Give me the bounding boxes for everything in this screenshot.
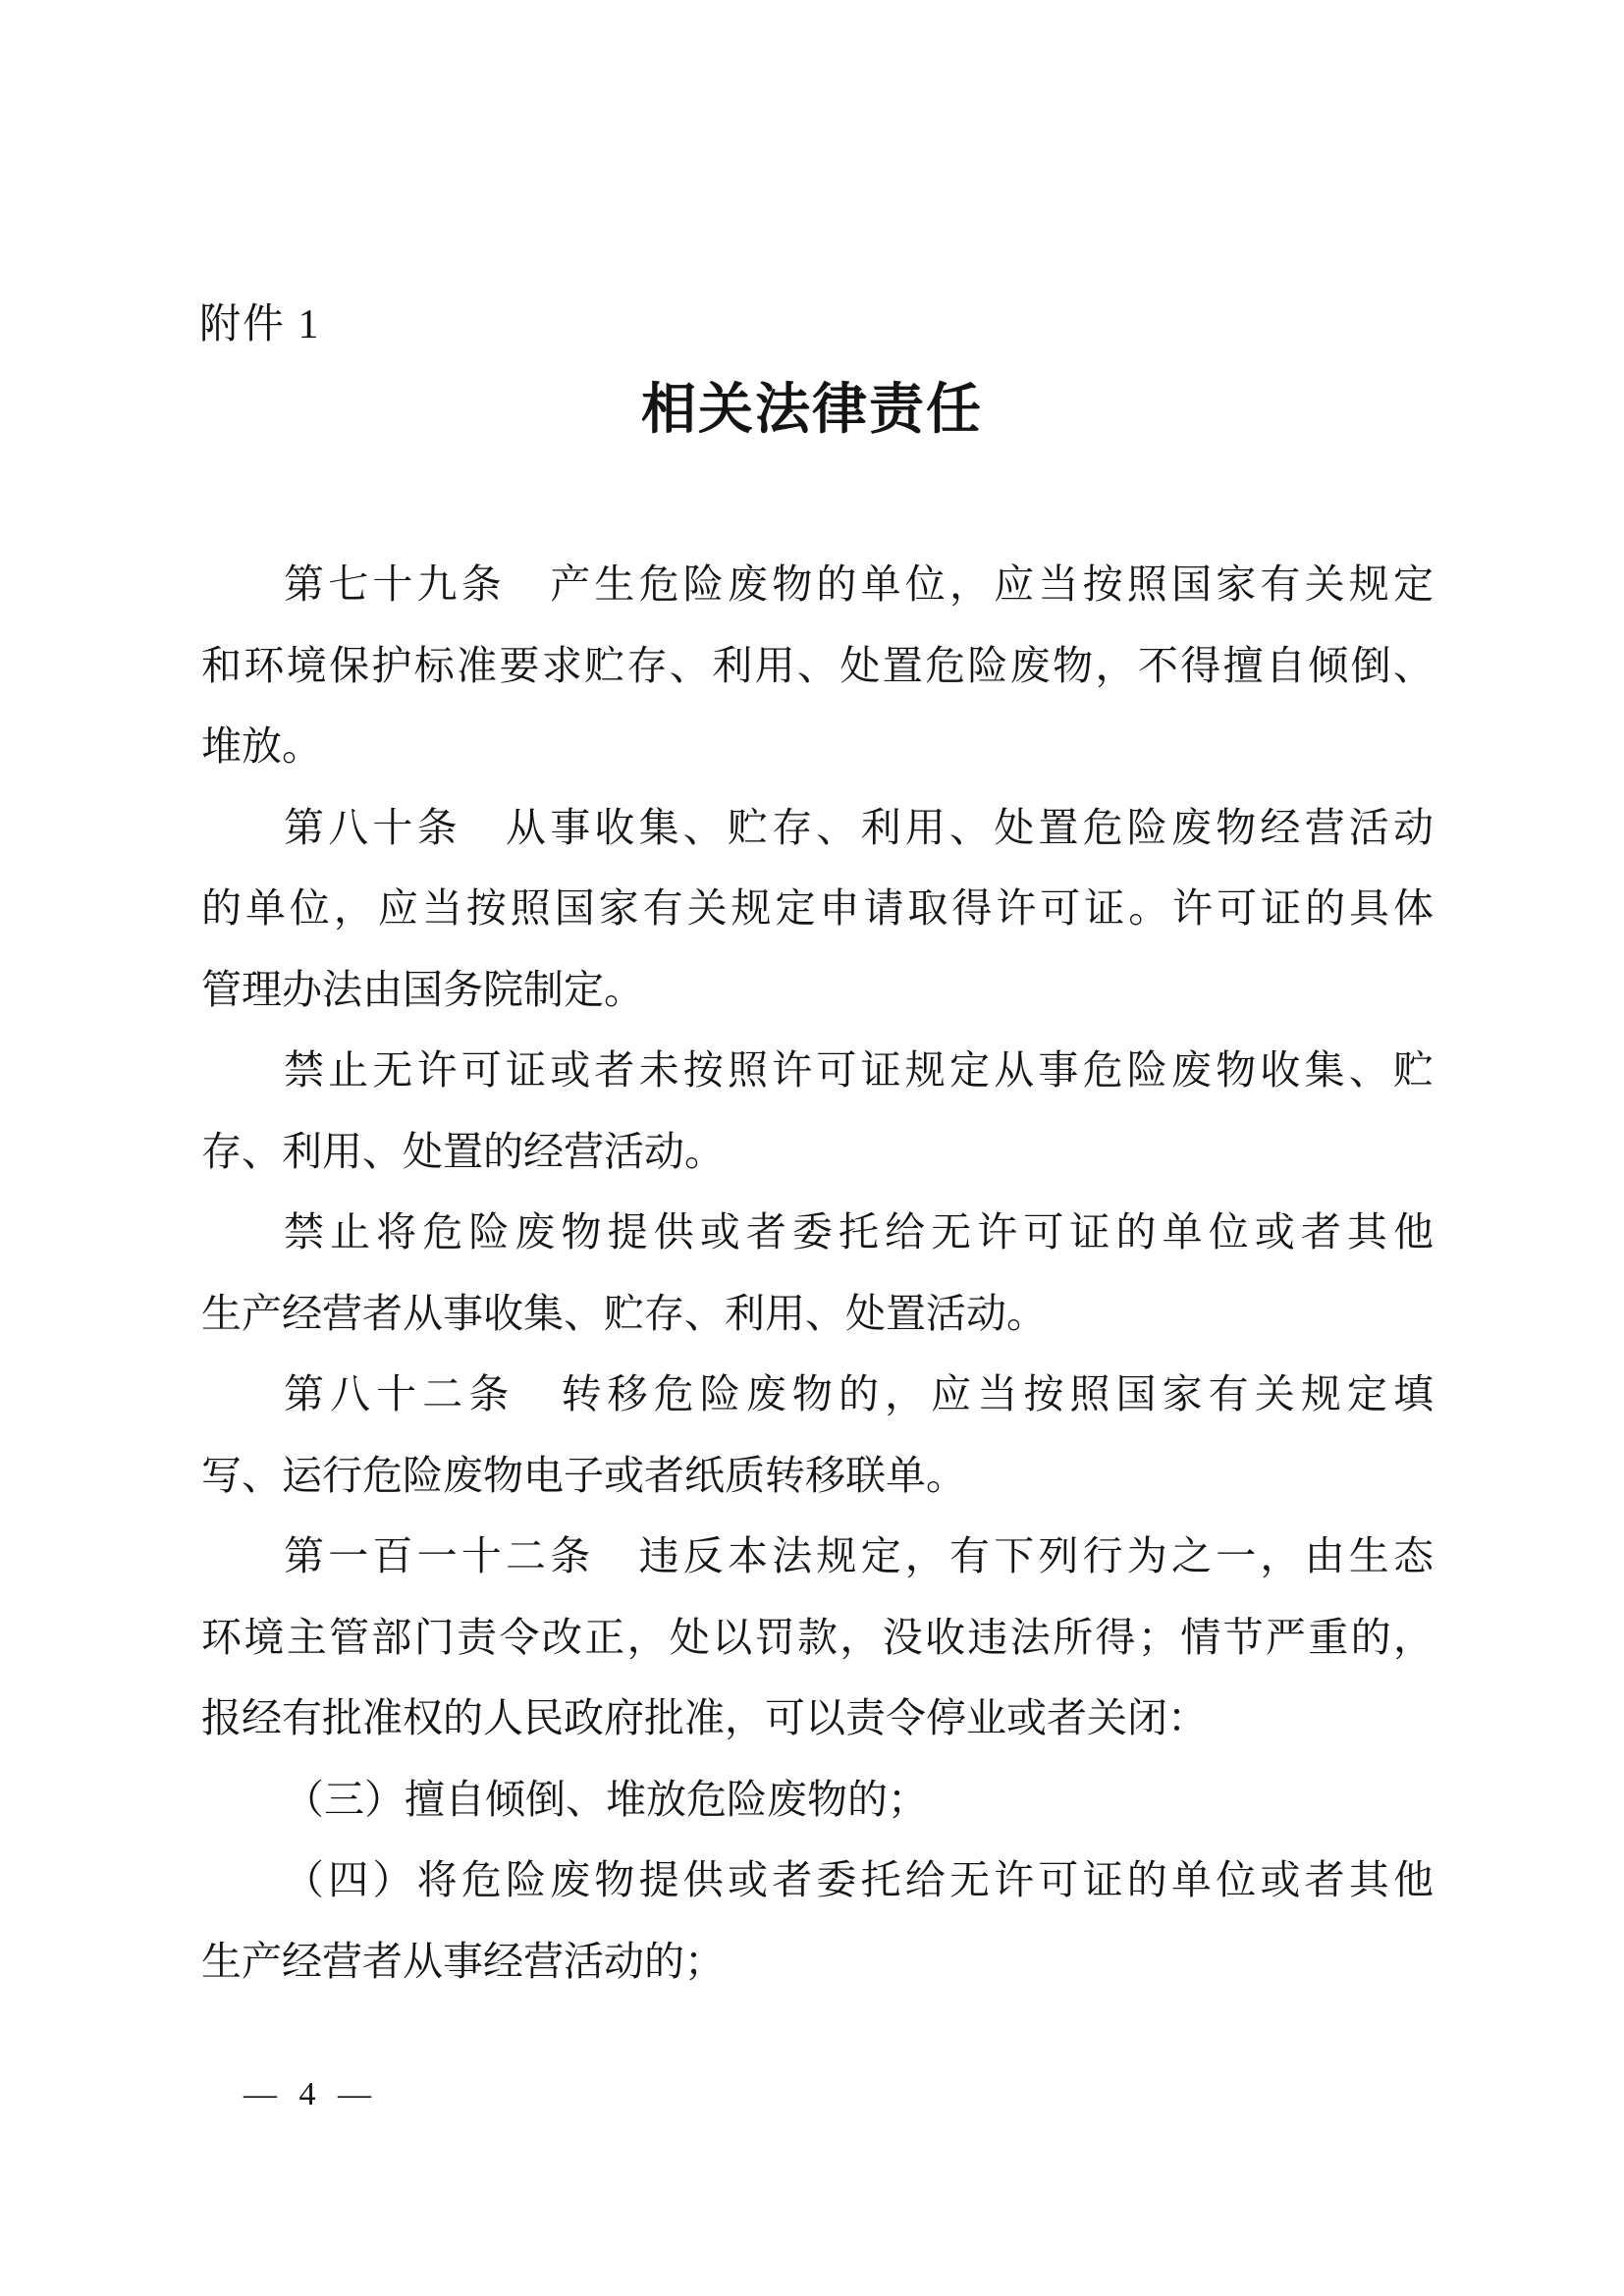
body-line: 存、利用、处置的经营活动。	[201, 1111, 1434, 1193]
body-line: 生产经营者从事经营活动的；	[201, 1921, 1434, 2002]
attachment-label: 附件 1	[199, 300, 321, 349]
body-line: 环境主管部门责令改正，处以罚款，没收违法所得；情节严重的，	[201, 1597, 1434, 1679]
body-line: （三）擅自倾倒、堆放危险废物的；	[201, 1759, 1434, 1841]
body-line: 写、运行危险废物电子或者纸质转移联单。	[201, 1435, 1434, 1517]
body-line: 生产经营者从事收集、贮存、利用、处置活动。	[201, 1273, 1434, 1355]
body-line: 的单位，应当按照国家有关规定申请取得许可证。许可证的具体	[201, 868, 1434, 949]
page-title: 相关法律责任	[0, 379, 1624, 442]
body-line: 和环境保护标准要求贮存、利用、处置危险废物，不得擅自倾倒、	[201, 625, 1434, 707]
page-number: — 4 —	[244, 2075, 378, 2115]
document-page: 附件 1 相关法律责任 第七十九条 产生危险废物的单位，应当按照国家有关规定和环…	[0, 0, 1624, 2296]
body-line: 禁止将危险废物提供或者委托给无许可证的单位或者其他	[201, 1192, 1434, 1273]
body-line: 堆放。	[201, 706, 1434, 787]
body-line: （四）将危险废物提供或者委托给无许可证的单位或者其他	[201, 1840, 1434, 1921]
document-body: 第七十九条 产生危险废物的单位，应当按照国家有关规定和环境保护标准要求贮存、利用…	[201, 544, 1434, 2002]
body-line: 第一百一十二条 违反本法规定，有下列行为之一，由生态	[201, 1516, 1434, 1597]
body-line: 禁止无许可证或者未按照许可证规定从事危险废物收集、贮	[201, 1030, 1434, 1111]
body-line: 第七十九条 产生危险废物的单位，应当按照国家有关规定	[201, 544, 1434, 625]
body-line: 第八十二条 转移危险废物的，应当按照国家有关规定填	[201, 1354, 1434, 1435]
body-line: 第八十条 从事收集、贮存、利用、处置危险废物经营活动	[201, 787, 1434, 869]
body-line: 管理办法由国务院制定。	[201, 949, 1434, 1031]
body-line: 报经有批准权的人民政府批准，可以责令停业或者关闭：	[201, 1678, 1434, 1759]
